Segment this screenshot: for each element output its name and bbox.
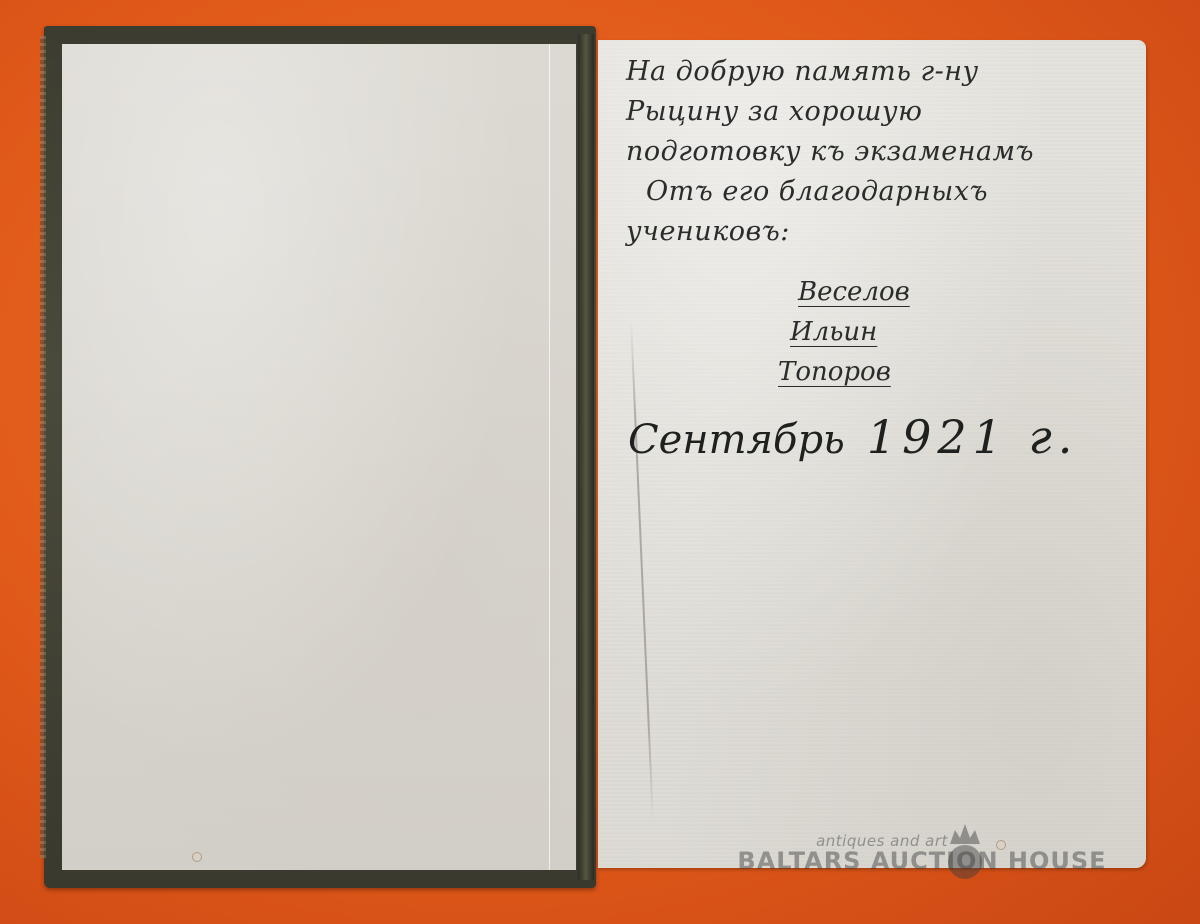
signature: Веселов: [778, 272, 910, 312]
book-photo: На добрую память г-ну Рыцину за хорошую …: [0, 0, 1200, 924]
crown-logo-icon: [946, 822, 984, 882]
auction-house-watermark: antiques and art BALTARS AUCTION HOUSE: [722, 832, 1122, 874]
date-year: 1921 г.: [867, 410, 1079, 464]
inscription-date: Сентябрь1921 г.: [628, 410, 1078, 464]
date-month: Сентябрь: [628, 417, 845, 463]
signature-block: Веселов Ильин Топоров: [778, 272, 910, 392]
inscription-line: Рыцину за хорошую: [626, 92, 1126, 132]
signature: Топоров: [778, 352, 910, 392]
handwritten-dedication: На добрую память г-ну Рыцину за хорошую …: [626, 52, 1126, 252]
flyleaf-page: На добрую память г-ну Рыцину за хорошую …: [598, 40, 1146, 868]
inscription-line: подготовку къ экзаменамъ: [626, 132, 1126, 172]
front-pastedown-page: [62, 44, 576, 870]
paper-hole: [192, 852, 202, 862]
signature: Ильин: [778, 312, 910, 352]
page-crease: [630, 320, 654, 820]
watermark-name: BALTARS AUCTION HOUSE: [722, 848, 1122, 874]
spine-hinge: [578, 34, 594, 880]
inscription-line: Отъ его благодарныхъ: [626, 172, 1126, 212]
inscription-line: учениковъ:: [626, 212, 1126, 252]
inscription-line: На добрую память г-ну: [626, 52, 1126, 92]
